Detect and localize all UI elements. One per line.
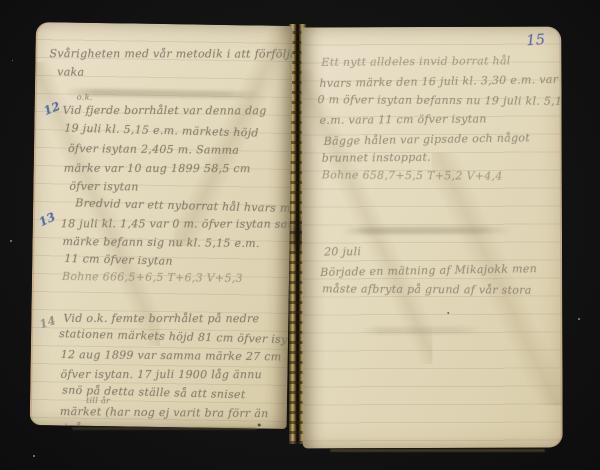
superscript-note: till år: [86, 396, 110, 405]
handwritten-line: hvars märke den 16 juli kl. 3,30 e.m. va…: [319, 73, 558, 90]
handwritten-line: 11 cm öfver isytan: [64, 252, 173, 268]
handwritten-line: stationen märkets höjd 81 cm öfver isyta…: [59, 327, 293, 346]
ink-speck: [258, 424, 261, 427]
handwritten-line: Bredvid var ett nyborrat hål hvars märke: [75, 196, 293, 215]
margin-number-12: 12: [42, 99, 63, 118]
dust-speck: [12, 60, 13, 61]
handwritten-line: 18 juli kl. 1,45 var 0 m. öfver isytan s…: [61, 217, 293, 230]
handwritten-line: Ett nytt alldeles invid borrat hål: [321, 54, 510, 69]
ink-speck: [447, 312, 449, 314]
handwritten-line: 19 juli kl. 5,15 e.m. märkets höjd: [64, 121, 259, 139]
margin-number-13: 13: [37, 209, 58, 229]
underpage-edge: [330, 449, 545, 452]
dust-speck: [33, 455, 35, 457]
handwritten-line: märke befann sig nu kl. 5,15 e.m.: [62, 235, 259, 250]
handwritten-line: märke var 10 aug 1899 58,5 cm: [64, 162, 251, 175]
handwritten-line: brunnet instoppat.: [322, 151, 431, 165]
handwritten-line: Svårigheten med vår metodik i att förföl…: [50, 47, 293, 60]
dust-speck: [578, 318, 580, 320]
margin-number-14: 14: [38, 313, 58, 331]
handwritten-line: öfver isytan. 17 juli 1900 låg ännu: [60, 368, 262, 381]
handwritten-line: öfver isytan 2,405 m. Samma: [68, 142, 239, 157]
bleedthrough-smear: [65, 88, 265, 98]
handwritten-line: Började en mätning af Mikajokk men: [320, 262, 537, 279]
handwritten-line: 12 aug 1899 var samma märke 27 cm: [61, 348, 282, 363]
bleedthrough-smear: [362, 327, 482, 334]
handwritten-line: öfver isytan: [69, 180, 138, 194]
paper-crease: [432, 153, 563, 406]
superscript-note: o.k.: [77, 93, 93, 102]
date-heading: 20 juli: [324, 245, 361, 258]
page-number: 15: [526, 32, 546, 49]
handwritten-line: Bägge hålen var gipsade och något: [324, 131, 531, 148]
underpage-edge: [72, 427, 257, 430]
left-page: Svårigheten med vår metodik i att förföl…: [30, 22, 293, 429]
notebook-photo: Svårigheten med vår metodik i att förföl…: [0, 0, 600, 470]
handwritten-line: måste afbryta på grund af vår stora: [322, 282, 532, 296]
bleedthrough-smear: [342, 227, 512, 235]
right-page: 15 Ett nytt alldeles invid borrat hål hv…: [301, 27, 562, 449]
handwritten-line: Vid fjerde borrhålet var denna dag: [63, 104, 267, 117]
handwritten-line: Bohne 666,5+6,5 T+6,3 V+5,3: [62, 270, 243, 285]
handwritten-line: vaka: [57, 65, 84, 78]
dust-speck: [10, 240, 12, 242]
handwritten-line: e.m. vara 11 cm öfver isytan: [320, 112, 487, 126]
handwritten-line: märket (har nog ej varit bra förr än: [60, 405, 269, 420]
handwritten-line: Vid o.k. femte borrhålet på nedre: [63, 312, 259, 325]
handwritten-line: 0 m öfver isytan befanns nu 19 juli kl. …: [317, 93, 562, 108]
handwritten-line: Bohne 658,7+5,5 T+5,2 V+4,4: [322, 168, 503, 182]
